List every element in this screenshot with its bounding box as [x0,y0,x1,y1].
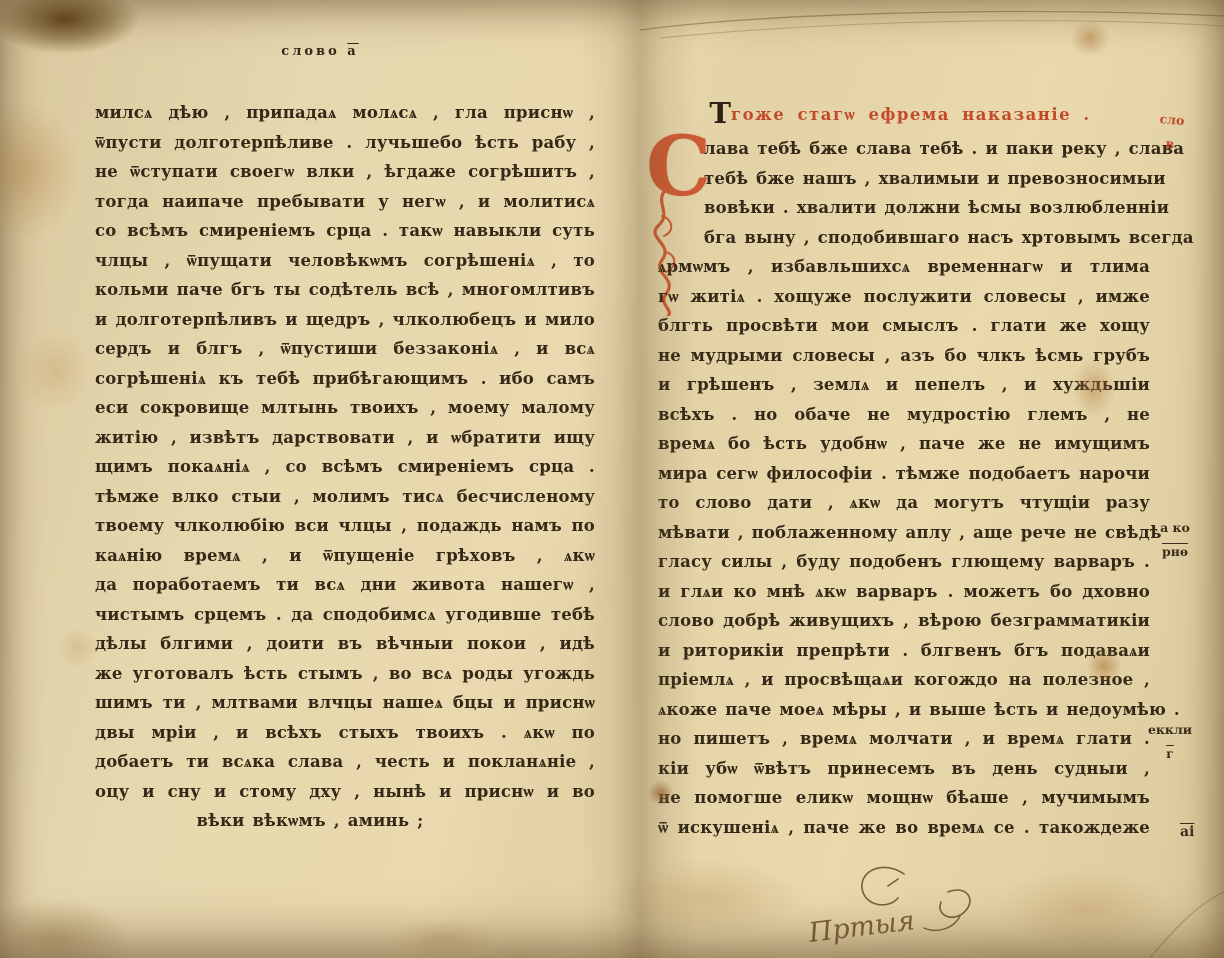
margin-note-chapter: сло в [1146,106,1196,157]
left-page-header-word: слово [281,44,339,59]
margin-note-corinthians: а ко рнѳ [1148,516,1202,564]
text-line: и грѣшенъ , землѧ и пепелъ , и хуждьшіи [658,370,1150,400]
left-page-header: слово а [240,44,400,59]
right-page-header-text: гоже стагѡ ефрема наказаніе . [731,105,1091,124]
text-line: добаетъ ти всѧка слава , честь и покланѧ… [95,747,595,777]
handwritten-inscription-text: Пртыя [808,905,916,949]
text-line: бга выну , сподобившаго насъ хртовымъ вс… [704,223,1150,253]
text-line: не мудрыми словесы , азъ бо члкъ ѣсмь гр… [658,341,1150,371]
right-page-header-initial: Т [709,96,731,130]
text-line: гласу силы , буду подобенъ глющему варва… [658,547,1150,577]
text-line: не ѿступати своегѡ влки , ѣгдаже согрѣши… [95,157,595,187]
text-line: двы мріи , и всѣхъ стыхъ твоихъ . ѧкѡ по [95,718,595,748]
text-line: то слово дати , ѧкѡ да могутъ чтущіи раз… [658,488,1150,518]
text-line: житію , извѣтъ дарствовати , и ѡбратити … [95,423,595,453]
margin-note-ecclesiastes: еккли г [1140,718,1200,766]
text-line: ѿпусти долготерпѣливе . лучьшебо ѣсть ра… [95,128,595,158]
left-page-header-number: а [347,44,358,59]
right-page-text: лава тебѣ бже слава тебѣ . и паки реку ,… [658,134,1150,842]
text-line: тогда наипаче пребывати у негѡ , и молит… [95,187,595,217]
text-line: шимъ ти , млтвами влчцы нашеѧ бцы и прис… [95,688,595,718]
text-line: и долготерпѣливъ и щедръ , члколюбецъ и … [95,305,595,335]
text-line: блгть просвѣти мои смыслъ . глати же хощ… [658,311,1150,341]
text-line: оцу и сну и стому дху , нынѣ и приснѡ и … [95,777,595,807]
text-line: ѧрмѡмъ , избавльшихсѧ временнагѡ и тлима [658,252,1150,282]
text-line: мира сегѡ философіи . тѣмже подобаетъ на… [658,459,1150,489]
text-line: пріемлѧ , и просвѣщаѧи когождо на полезн… [658,665,1150,695]
margin-note-ecclesiastes-line1: еккли [1140,718,1200,742]
text-line: со всѣмъ смиреніемъ срца . такѡ навыкли … [95,216,595,246]
text-line: лава тебѣ бже слава тебѣ . и паки реку ,… [704,134,1150,164]
text-line: мѣвати , поблаженному аплу , аще рече не… [658,518,1150,548]
margin-note-chapter-line2: в [1146,130,1194,158]
book-scan: слово а милсѧ дѣю , припадаѧ молѧсѧ , гл… [0,0,1224,958]
text-line: сердъ и блгъ , ѿпустиши беззаконіѧ , и в… [95,334,595,364]
text-line: члцы , ѿпущати человѣкѡмъ согрѣшеніѧ , т… [95,246,595,276]
text-line: твоему члколюбію вси члцы , подаждь намъ… [95,511,595,541]
right-page-header: Тгоже стагѡ ефрема наказаніе . [672,96,1128,130]
text-line: согрѣшеніѧ къ тебѣ прибѣгающимъ . ибо са… [95,364,595,394]
text-line: вовѣки . хвалити должни ѣсмы возлюбленні… [704,193,1150,223]
left-page-text: милсѧ дѣю , припадаѧ молѧсѧ , гла приснѡ… [95,98,595,836]
text-line: тѣмже влко стыи , молимъ тисѧ бесчислено… [95,482,595,512]
text-line: и риторикіи препрѣти . блгвенъ бгъ подав… [658,636,1150,666]
folio-number: аі [1180,824,1194,840]
text-line: кольми паче бгъ ты содѣтель всѣ , многом… [95,275,595,305]
text-line: же уготовалъ ѣсть стымъ , во всѧ роды уг… [95,659,595,689]
text-line: тебѣ бже нашъ , хвалимыи и превозносимыи [704,164,1150,194]
text-line: ѿ искушеніѧ , паче же во времѧ се . тако… [658,813,1150,843]
text-line: не помогше еликѡ мощнѡ бѣаше , мучимымъ [658,783,1150,813]
text-line: чистымъ срцемъ . да сподобимсѧ угодивше … [95,600,595,630]
handwritten-inscription: Пртыя [808,858,1028,958]
margin-note-corinthians-line1: а ко [1148,516,1202,540]
text-line: щимъ покаѧніѧ , со всѣмъ смиреніемъ срца… [95,452,595,482]
text-line: но пишетъ , времѧ молчати , и времѧ глат… [658,724,1150,754]
text-line: дѣлы блгими , доити въ вѣчныи покои , ид… [95,629,595,659]
text-line: слово добрѣ живущихъ , вѣрою безграммати… [658,606,1150,636]
text-line: всѣхъ . но обаче не мудростію глемъ , не [658,400,1150,430]
margin-note-corinthians-line2: рнѳ [1148,540,1202,564]
text-line: каѧнію времѧ , и ѿпущеніе грѣховъ , ѧкѡ [95,541,595,571]
text-line: еси сокровище млтынь твоихъ , моему мало… [95,393,595,423]
text-line: да поработаемъ ти всѧ дни живота нашегѡ … [95,570,595,600]
text-line: гѡ житіѧ . хощуже послужити словесы , им… [658,282,1150,312]
text-line: и глѧи ко мнѣ ѧкѡ варваръ . можетъ бо дх… [658,577,1150,607]
text-line: вѣки вѣкѡмъ , аминь ; [95,806,595,836]
text-line: милсѧ дѣю , припадаѧ молѧсѧ , гла приснѡ… [95,98,595,128]
margin-note-ecclesiastes-line2: г [1140,742,1200,766]
text-line: времѧ бо ѣсть удобнѡ , паче же не имущим… [658,429,1150,459]
text-line: кіи убѡ ѿвѣтъ принесемъ въ день судныи , [658,754,1150,784]
text-line: ѧкоже паче моеѧ мѣры , и выше ѣсть и нед… [658,695,1150,725]
